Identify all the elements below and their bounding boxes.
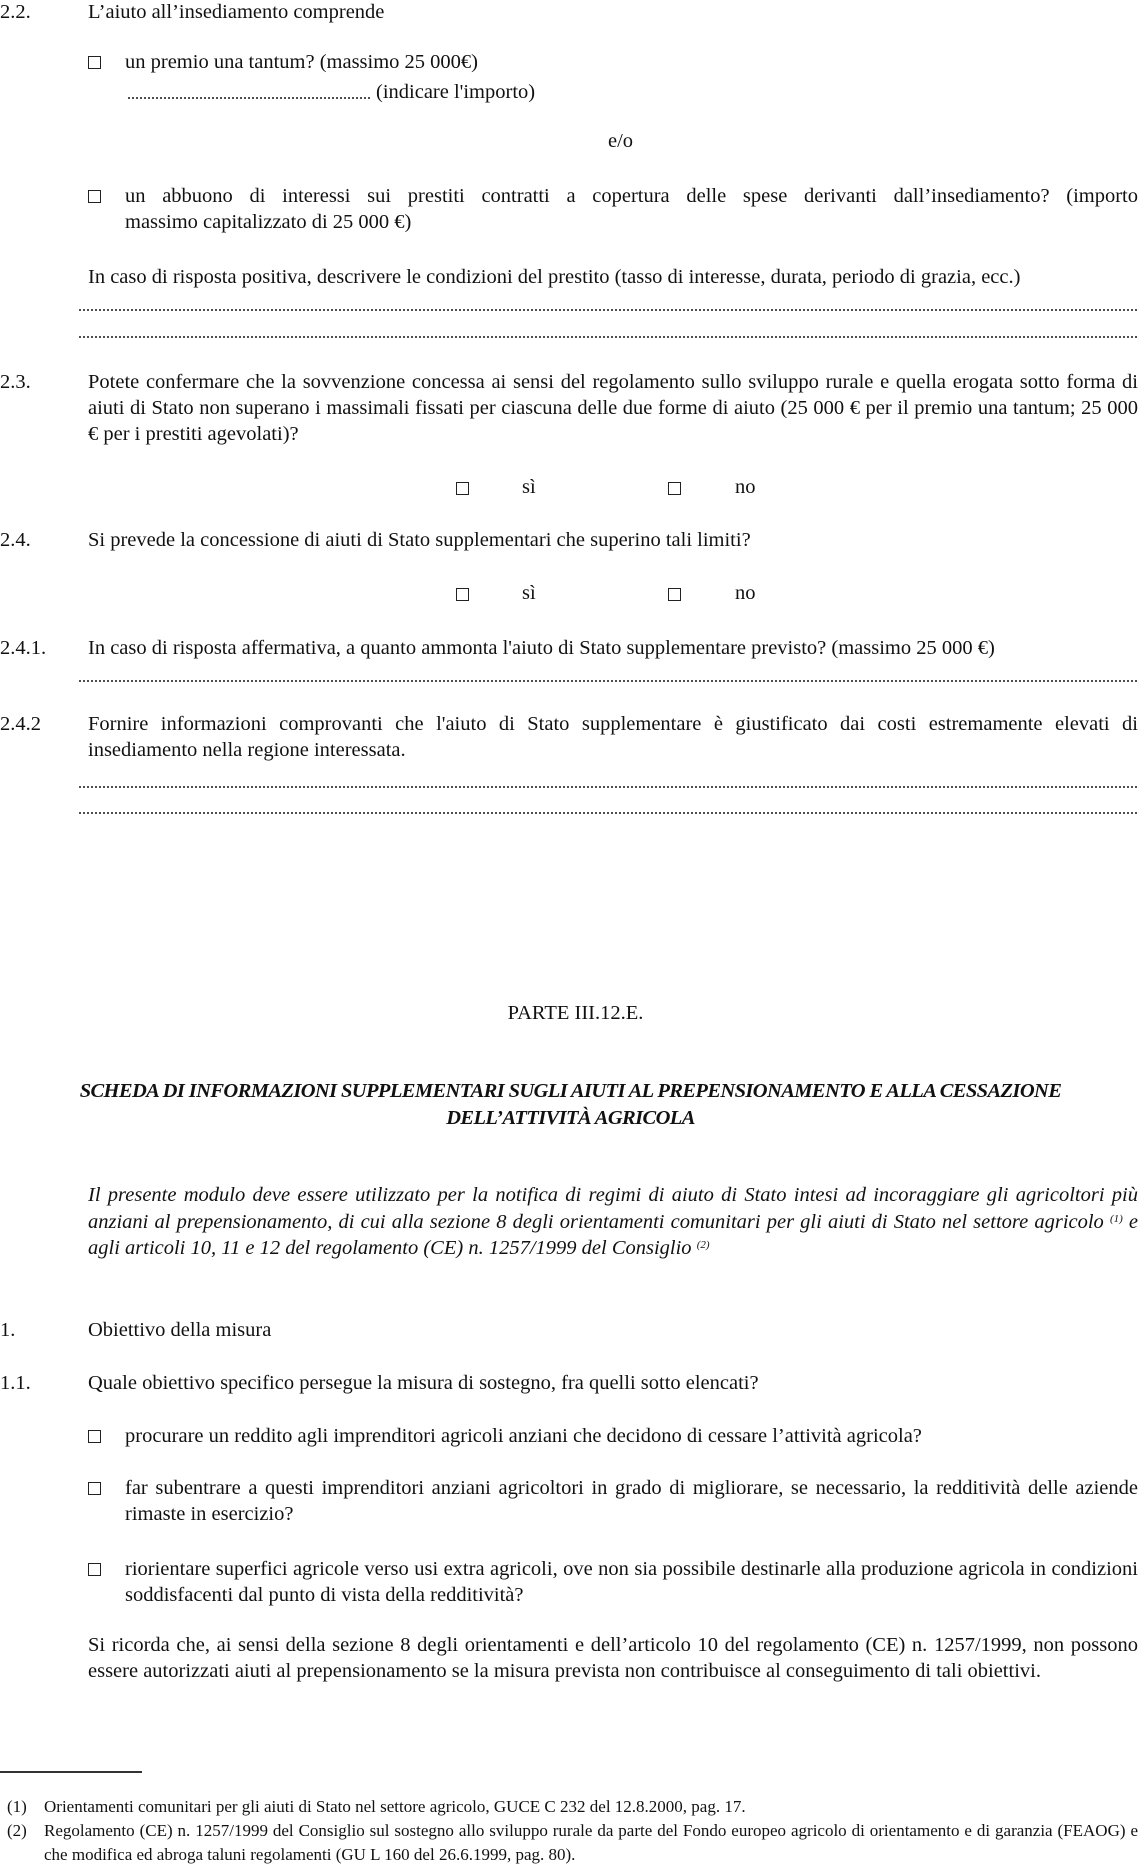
section-question-1-1: Quale obiettivo specifico persegue la mi… bbox=[88, 1370, 759, 1396]
label-2-4-yes: sì bbox=[522, 580, 536, 606]
amount-hint: (indicare l'importo) bbox=[376, 79, 535, 105]
part-title-line-1: SCHEDA DI INFORMAZIONI SUPPLEMENTARI SUG… bbox=[0, 1078, 1141, 1104]
section-text-2-4-2: Fornire informazioni comprovanti che l'a… bbox=[88, 711, 1138, 763]
objective-option-reorientation: riorientare superfici agricole verso usi… bbox=[125, 1556, 1138, 1608]
footnote-mark-2: (2) bbox=[7, 1819, 27, 1843]
part-intro-paragraph: Il presente modulo deve essere utilizzat… bbox=[88, 1182, 1138, 1262]
justification-input-line-1[interactable] bbox=[78, 786, 1138, 788]
checkbox-objective-succession[interactable] bbox=[88, 1482, 101, 1495]
footnote-text-2: Regolamento (CE) n. 1257/1999 del Consig… bbox=[44, 1819, 1138, 1867]
option-abbuono-line2: massimo capitalizzato di 25 000 €) bbox=[125, 209, 411, 235]
part-label: PARTE III.12.E. bbox=[0, 1000, 1141, 1026]
section-text-2-4: Si prevede la concessione di aiuti di St… bbox=[88, 527, 751, 553]
footnote-ref-1[interactable]: (1) bbox=[1110, 1213, 1123, 1225]
checkbox-2-3-no[interactable] bbox=[668, 482, 681, 495]
label-2-3-no: no bbox=[735, 474, 756, 500]
checkbox-premio-tantum[interactable] bbox=[88, 56, 101, 69]
footnote-mark-1: (1) bbox=[7, 1795, 27, 1819]
justification-input-line-2[interactable] bbox=[78, 812, 1138, 814]
objective-option-income: procurare un reddito agli imprenditori a… bbox=[125, 1423, 1138, 1449]
checkbox-2-4-yes[interactable] bbox=[456, 588, 469, 601]
label-2-4-no: no bbox=[735, 580, 756, 606]
section-number-2-4-2: 2.4.2 bbox=[0, 711, 41, 737]
section-number-2-3: 2.3. bbox=[0, 369, 31, 395]
checkbox-2-3-yes[interactable] bbox=[456, 482, 469, 495]
section-number-2-4-1: 2.4.1. bbox=[0, 635, 46, 661]
footnote-separator bbox=[0, 1771, 142, 1773]
checkbox-objective-reorientation[interactable] bbox=[88, 1563, 101, 1576]
section-title-1: Obiettivo della misura bbox=[88, 1317, 271, 1343]
footnote-ref-2[interactable]: (2) bbox=[697, 1239, 710, 1251]
option-premio-tantum: un premio una tantum? (massimo 25 000€) bbox=[125, 49, 478, 75]
objective-option-succession: far subentrare a questi imprenditori anz… bbox=[125, 1475, 1138, 1527]
part-title-line-2: DELL’ATTIVITÀ AGRICOLA bbox=[0, 1105, 1141, 1131]
checkbox-abbuono-interessi[interactable] bbox=[88, 190, 101, 203]
section-number-1-1: 1.1. bbox=[0, 1370, 31, 1396]
checkbox-objective-income[interactable] bbox=[88, 1430, 101, 1443]
section-number-1: 1. bbox=[0, 1317, 15, 1343]
section-number-2-2: 2.2. bbox=[0, 0, 31, 25]
loan-conditions-input-line-2[interactable] bbox=[78, 336, 1138, 338]
section-text-2-4-1: In caso di risposta affermativa, a quant… bbox=[88, 635, 995, 661]
section-note-1-1: Si ricorda che, ai sensi della sezione 8… bbox=[88, 1632, 1138, 1684]
footnote-text-1: Orientamenti comunitari per gli aiuti di… bbox=[44, 1795, 746, 1819]
label-2-3-yes: sì bbox=[522, 474, 536, 500]
connector-and-or: e/o bbox=[0, 128, 1141, 154]
amount-input-premio[interactable] bbox=[127, 97, 371, 99]
option-abbuono-line1: un abbuono di interessi sui prestiti con… bbox=[125, 183, 1138, 209]
loan-conditions-input-line-1[interactable] bbox=[78, 309, 1138, 311]
section-title-2-2: L’aiuto all’insediamento comprende bbox=[88, 0, 384, 25]
checkbox-2-4-no[interactable] bbox=[668, 588, 681, 601]
supplementary-amount-input[interactable] bbox=[78, 680, 1138, 682]
section-text-2-3: Potete confermare che la sovvenzione con… bbox=[88, 369, 1138, 447]
section-number-2-4: 2.4. bbox=[0, 527, 31, 553]
loan-conditions-prompt: In caso di risposta positiva, descrivere… bbox=[88, 264, 1020, 290]
